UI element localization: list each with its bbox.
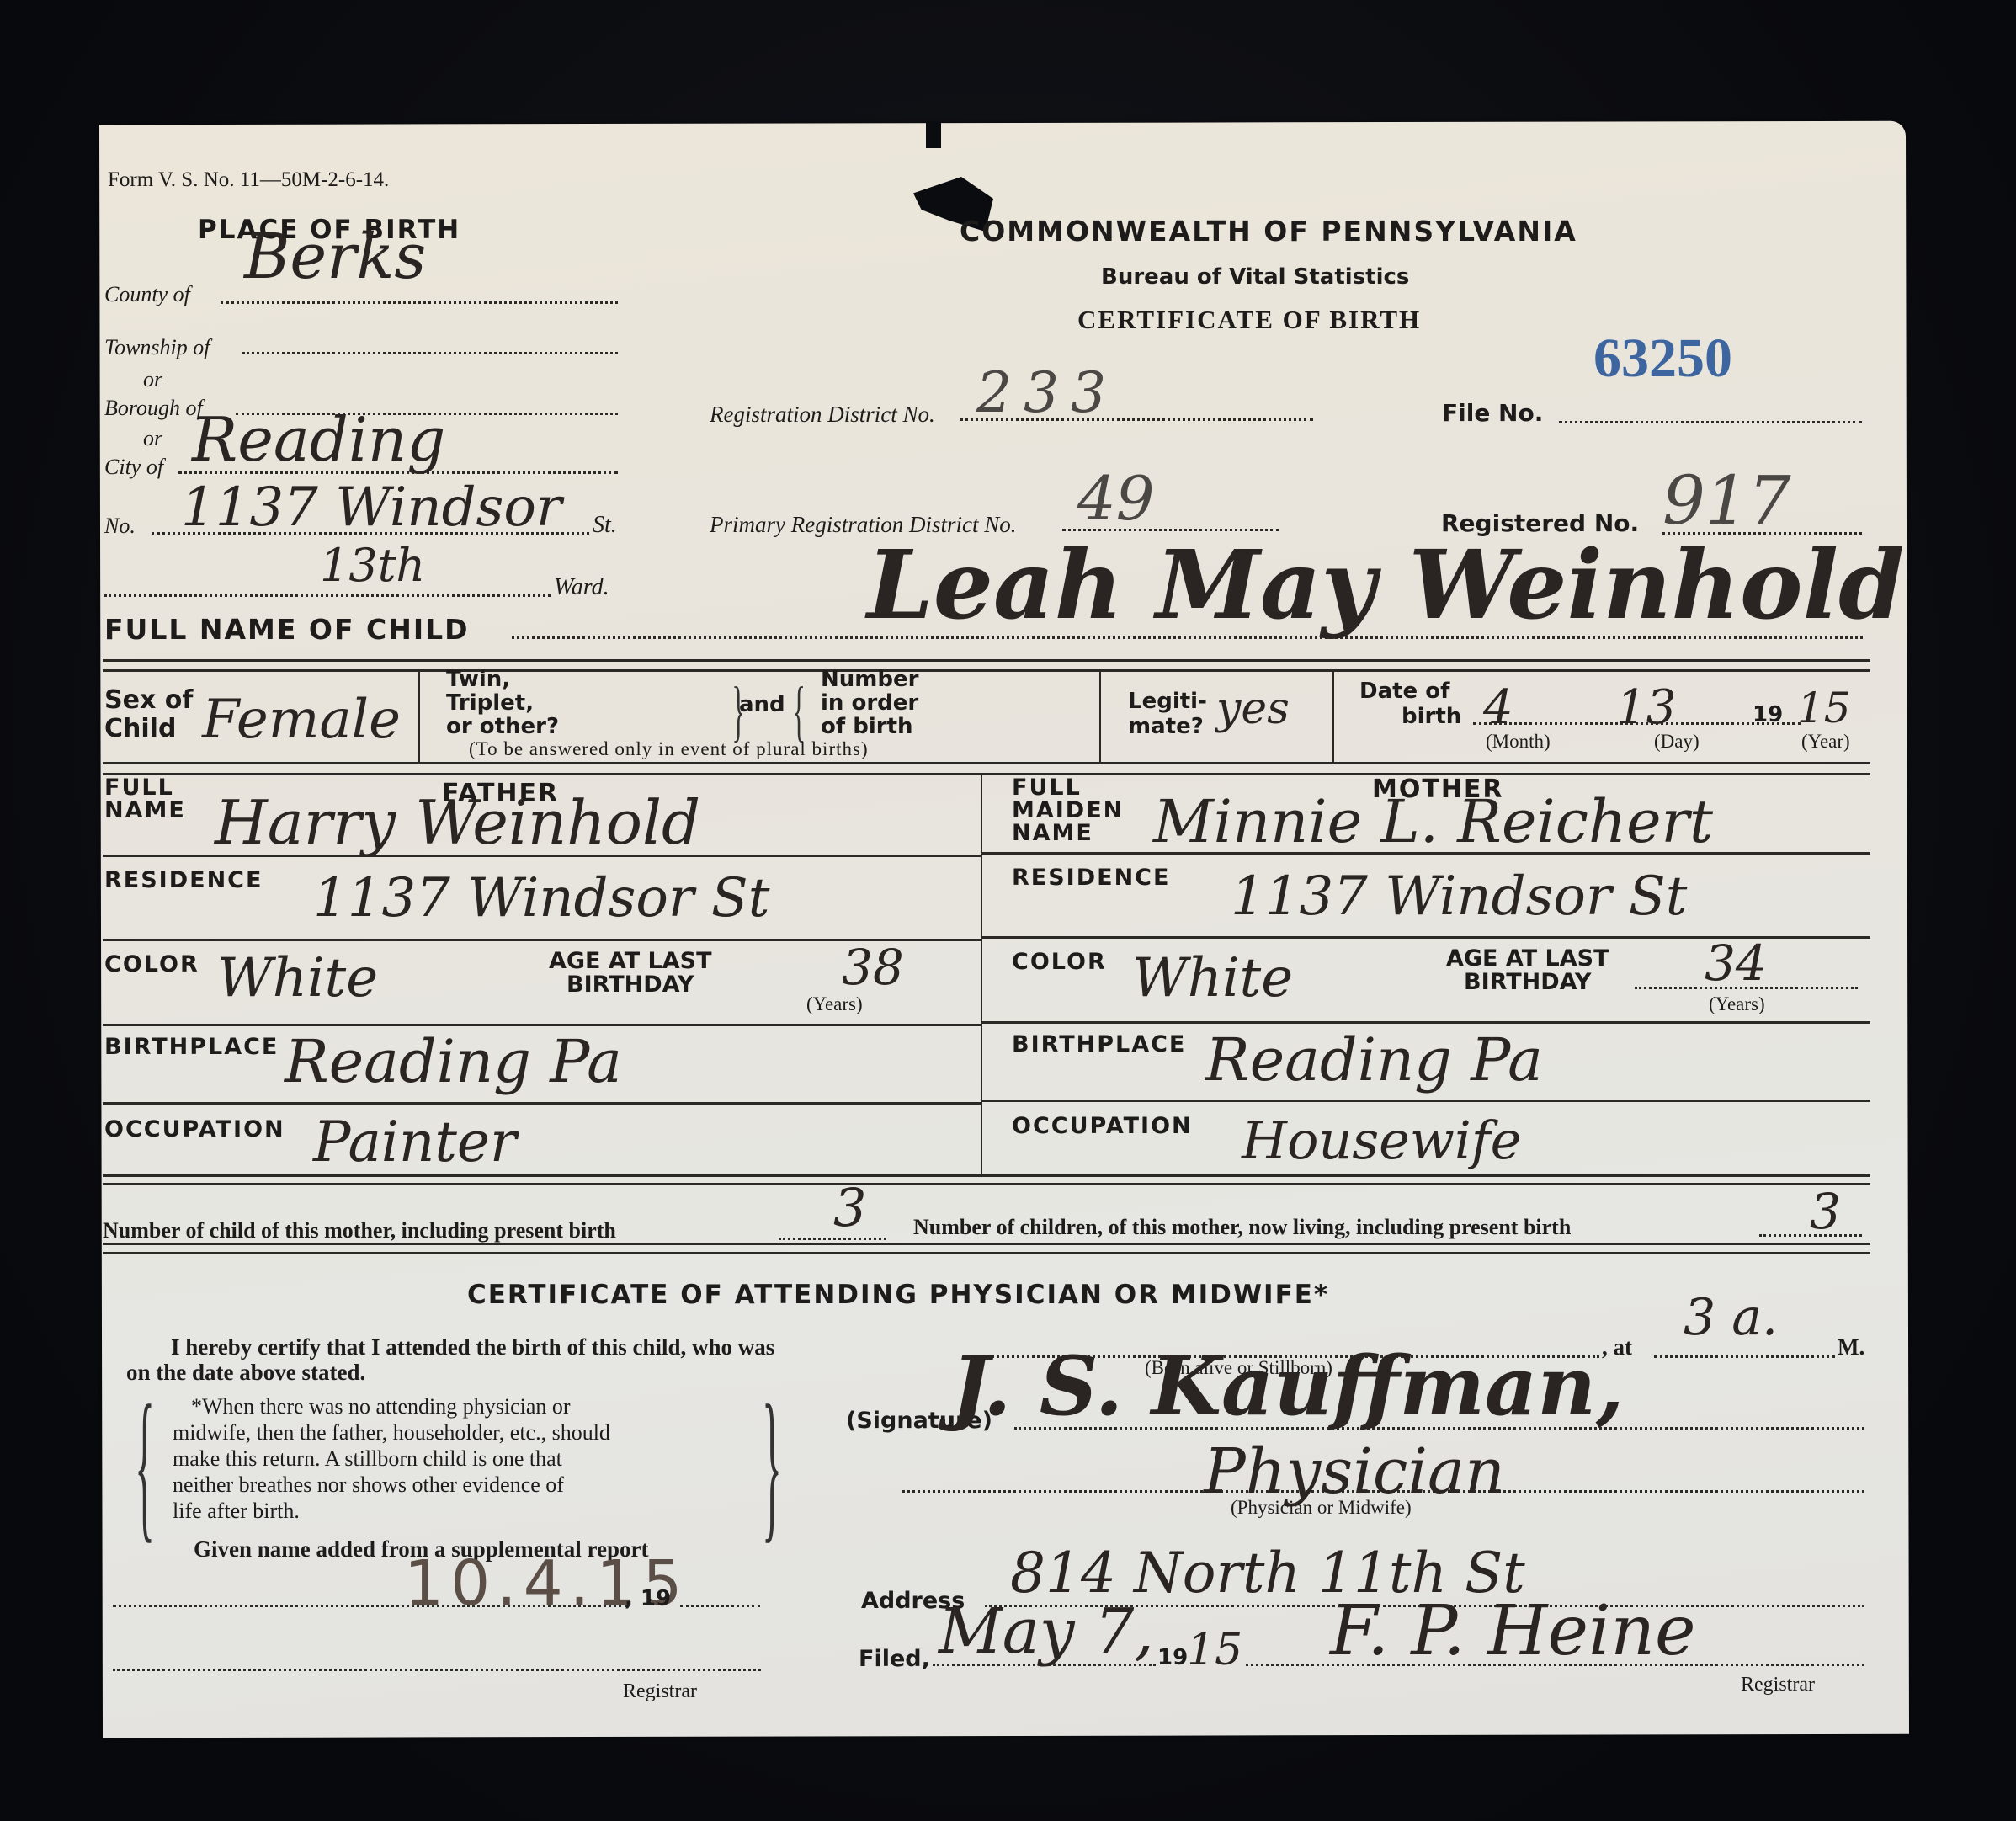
number-living-label: Number of children, of this mother, now … [913,1215,1571,1240]
mother-birthplace-label: BIRTHPLACE [1012,1031,1186,1057]
day-caption: (Day) [1654,731,1700,753]
time-line [1654,1355,1835,1358]
rule-line [103,773,1870,775]
note-left-brace-icon: { [135,1381,155,1549]
number-of-child-label: Number of child of this mother, includin… [103,1218,616,1243]
m-label: M. [1838,1334,1864,1360]
stillborn-note: *When there was no attending physician o… [173,1393,762,1524]
filed-date-value: May 7, [939,1595,1154,1668]
supplemental-registrar-caption: Registrar [623,1680,697,1703]
father-age-label: AGE AT LASTBIRTHDAY [549,950,711,997]
county-field-line [221,301,618,304]
certificate-title: CERTIFICATE OF BIRTH [1077,305,1421,335]
dob-century: 19 [1753,702,1783,727]
physician-certificate-title: CERTIFICATE OF ATTENDING PHYSICIAN OR MI… [467,1280,1329,1310]
mother-color-value: White [1132,947,1293,1009]
column-divider [1099,671,1101,762]
column-divider [418,671,420,762]
rule-line [103,762,1870,764]
legitimate-label: Legiti-mate? [1128,689,1207,739]
mother-name-value: Minnie L. Reichert [1153,787,1713,856]
father-color-label: COLOR [104,951,199,977]
note-right-brace-icon: } [762,1381,782,1549]
mother-name-label: FULLMAIDENNAME [1012,776,1124,844]
commonwealth-heading: COMMONWEALTH OF PENNSYLVANIA [960,215,1577,248]
county-value: Berks [244,221,426,293]
mother-residence-label: RESIDENCE [1012,865,1170,891]
plural-births-note: (To be answered only in event of plural … [469,738,869,760]
file-number-stamp: 63250 [1593,327,1732,391]
father-residence-value: 1137 Windsor St [313,867,769,929]
physician-or-midwife-caption: (Physician or Midwife) [1231,1497,1412,1519]
physician-signature: J. S. Kauffman, [951,1339,1624,1434]
dob-year-value: 15 [1797,684,1851,732]
city-label: City of [104,455,163,480]
father-residence-label: RESIDENCE [104,867,263,893]
mother-color-label: COLOR [1012,949,1107,975]
twin-triplet-label: Twin,Triplet,or other? [446,668,559,738]
father-occupation-label: OCCUPATION [104,1116,285,1142]
order-of-birth-label: Numberin orderof birth [821,668,918,738]
filed-label: Filed, [859,1646,930,1672]
street-value: 1137 Windsor [181,477,562,539]
filed-year-value: 15 [1187,1625,1242,1675]
father-birthplace-value: Reading Pa [285,1027,622,1096]
number-living-value: 3 [1810,1183,1841,1240]
paper-tear [926,123,941,148]
registration-district-label: Registration District No. [710,402,935,428]
ward-label: Ward. [554,574,609,601]
supplemental-year-prefix: , 19 [625,1586,671,1611]
rule-line [103,669,1870,672]
and-label: and [739,692,785,717]
legitimate-value: yes [1216,684,1290,734]
borough-label: Borough of [104,396,203,421]
mother-residence-value: 1137 Windsor St [1231,865,1687,928]
primary-district-value: 49 [1077,463,1155,534]
month-caption: (Month) [1486,731,1551,753]
year-caption: (Year) [1801,731,1850,753]
rule-line [103,1183,1870,1185]
mother-occupation-value: Housewife [1242,1110,1521,1171]
father-color-value: White [217,947,378,1009]
ward-field-line [104,594,551,597]
rule-line [982,1021,1870,1024]
mother-birthplace-value: Reading Pa [1205,1025,1543,1094]
ward-value: 13th [320,539,425,592]
dob-month-value: 4 [1483,680,1513,735]
certify-text: I hereby certify that I attended the bir… [171,1334,774,1360]
filed-century: 19 [1157,1645,1188,1670]
supplemental-registrar-line [113,1669,761,1671]
rule-line [103,1243,1870,1245]
father-name-value: Harry Weinhold [215,787,700,858]
sex-value: Female [202,689,401,751]
time-value: 3 a. [1684,1288,1778,1347]
mother-age-label: AGE AT LASTBIRTHDAY [1446,947,1609,994]
county-label: County of [104,282,190,307]
township-field-line [242,352,618,354]
street-suffix: St. [593,512,617,539]
sex-of-child-label: Sex ofChild [104,686,193,743]
mother-age-value: 34 [1705,934,1767,992]
number-of-child-value: 3 [833,1177,866,1238]
bureau-heading: Bureau of Vital Statistics [1101,264,1409,290]
mother-years-caption: (Years) [1709,993,1765,1015]
city-value: Reading [192,404,445,475]
father-birthplace-label: BIRTHPLACE [104,1034,279,1060]
father-occupation-value: Painter [313,1110,517,1174]
column-divider [1332,671,1334,762]
rule-line [103,1174,1870,1177]
date-above-stated: on the date above stated. [126,1360,365,1386]
father-years-caption: (Years) [806,993,863,1015]
father-name-label: FULLNAME [104,776,186,822]
parents-divider [981,775,982,1174]
date-of-birth-label: Date ofbirth [1359,679,1461,729]
filing-registrar-caption: Registrar [1741,1674,1815,1696]
rule-line [103,659,1870,662]
mother-occupation-label: OCCUPATION [1012,1113,1193,1139]
registered-no-value: 917 [1662,461,1791,540]
file-no-label: File No. [1442,399,1543,427]
file-no-line [1559,421,1862,423]
dob-day-value: 13 [1616,680,1676,735]
rule-line [103,1024,981,1026]
or-label: or [143,426,162,451]
or-label: or [143,367,162,392]
street-number-label: No. [104,514,136,539]
form-number: Form V. S. No. 11—50M-2-6-14. [108,168,389,192]
father-age-value: 38 [842,939,904,996]
rule-line [103,1252,1870,1254]
full-name-of-child-label: FULL NAME OF CHILD [104,613,470,646]
registration-district-value: 233 [976,360,1118,425]
township-label: Township of [104,335,210,360]
child-name-value: Leah May Weinhold [867,530,1905,641]
number-of-child-line [779,1238,886,1240]
rule-line [103,1102,981,1105]
supplemental-year-line [680,1605,760,1607]
filing-registrar-signature: F. P. Heine [1330,1591,1696,1671]
rule-line [982,1100,1870,1102]
